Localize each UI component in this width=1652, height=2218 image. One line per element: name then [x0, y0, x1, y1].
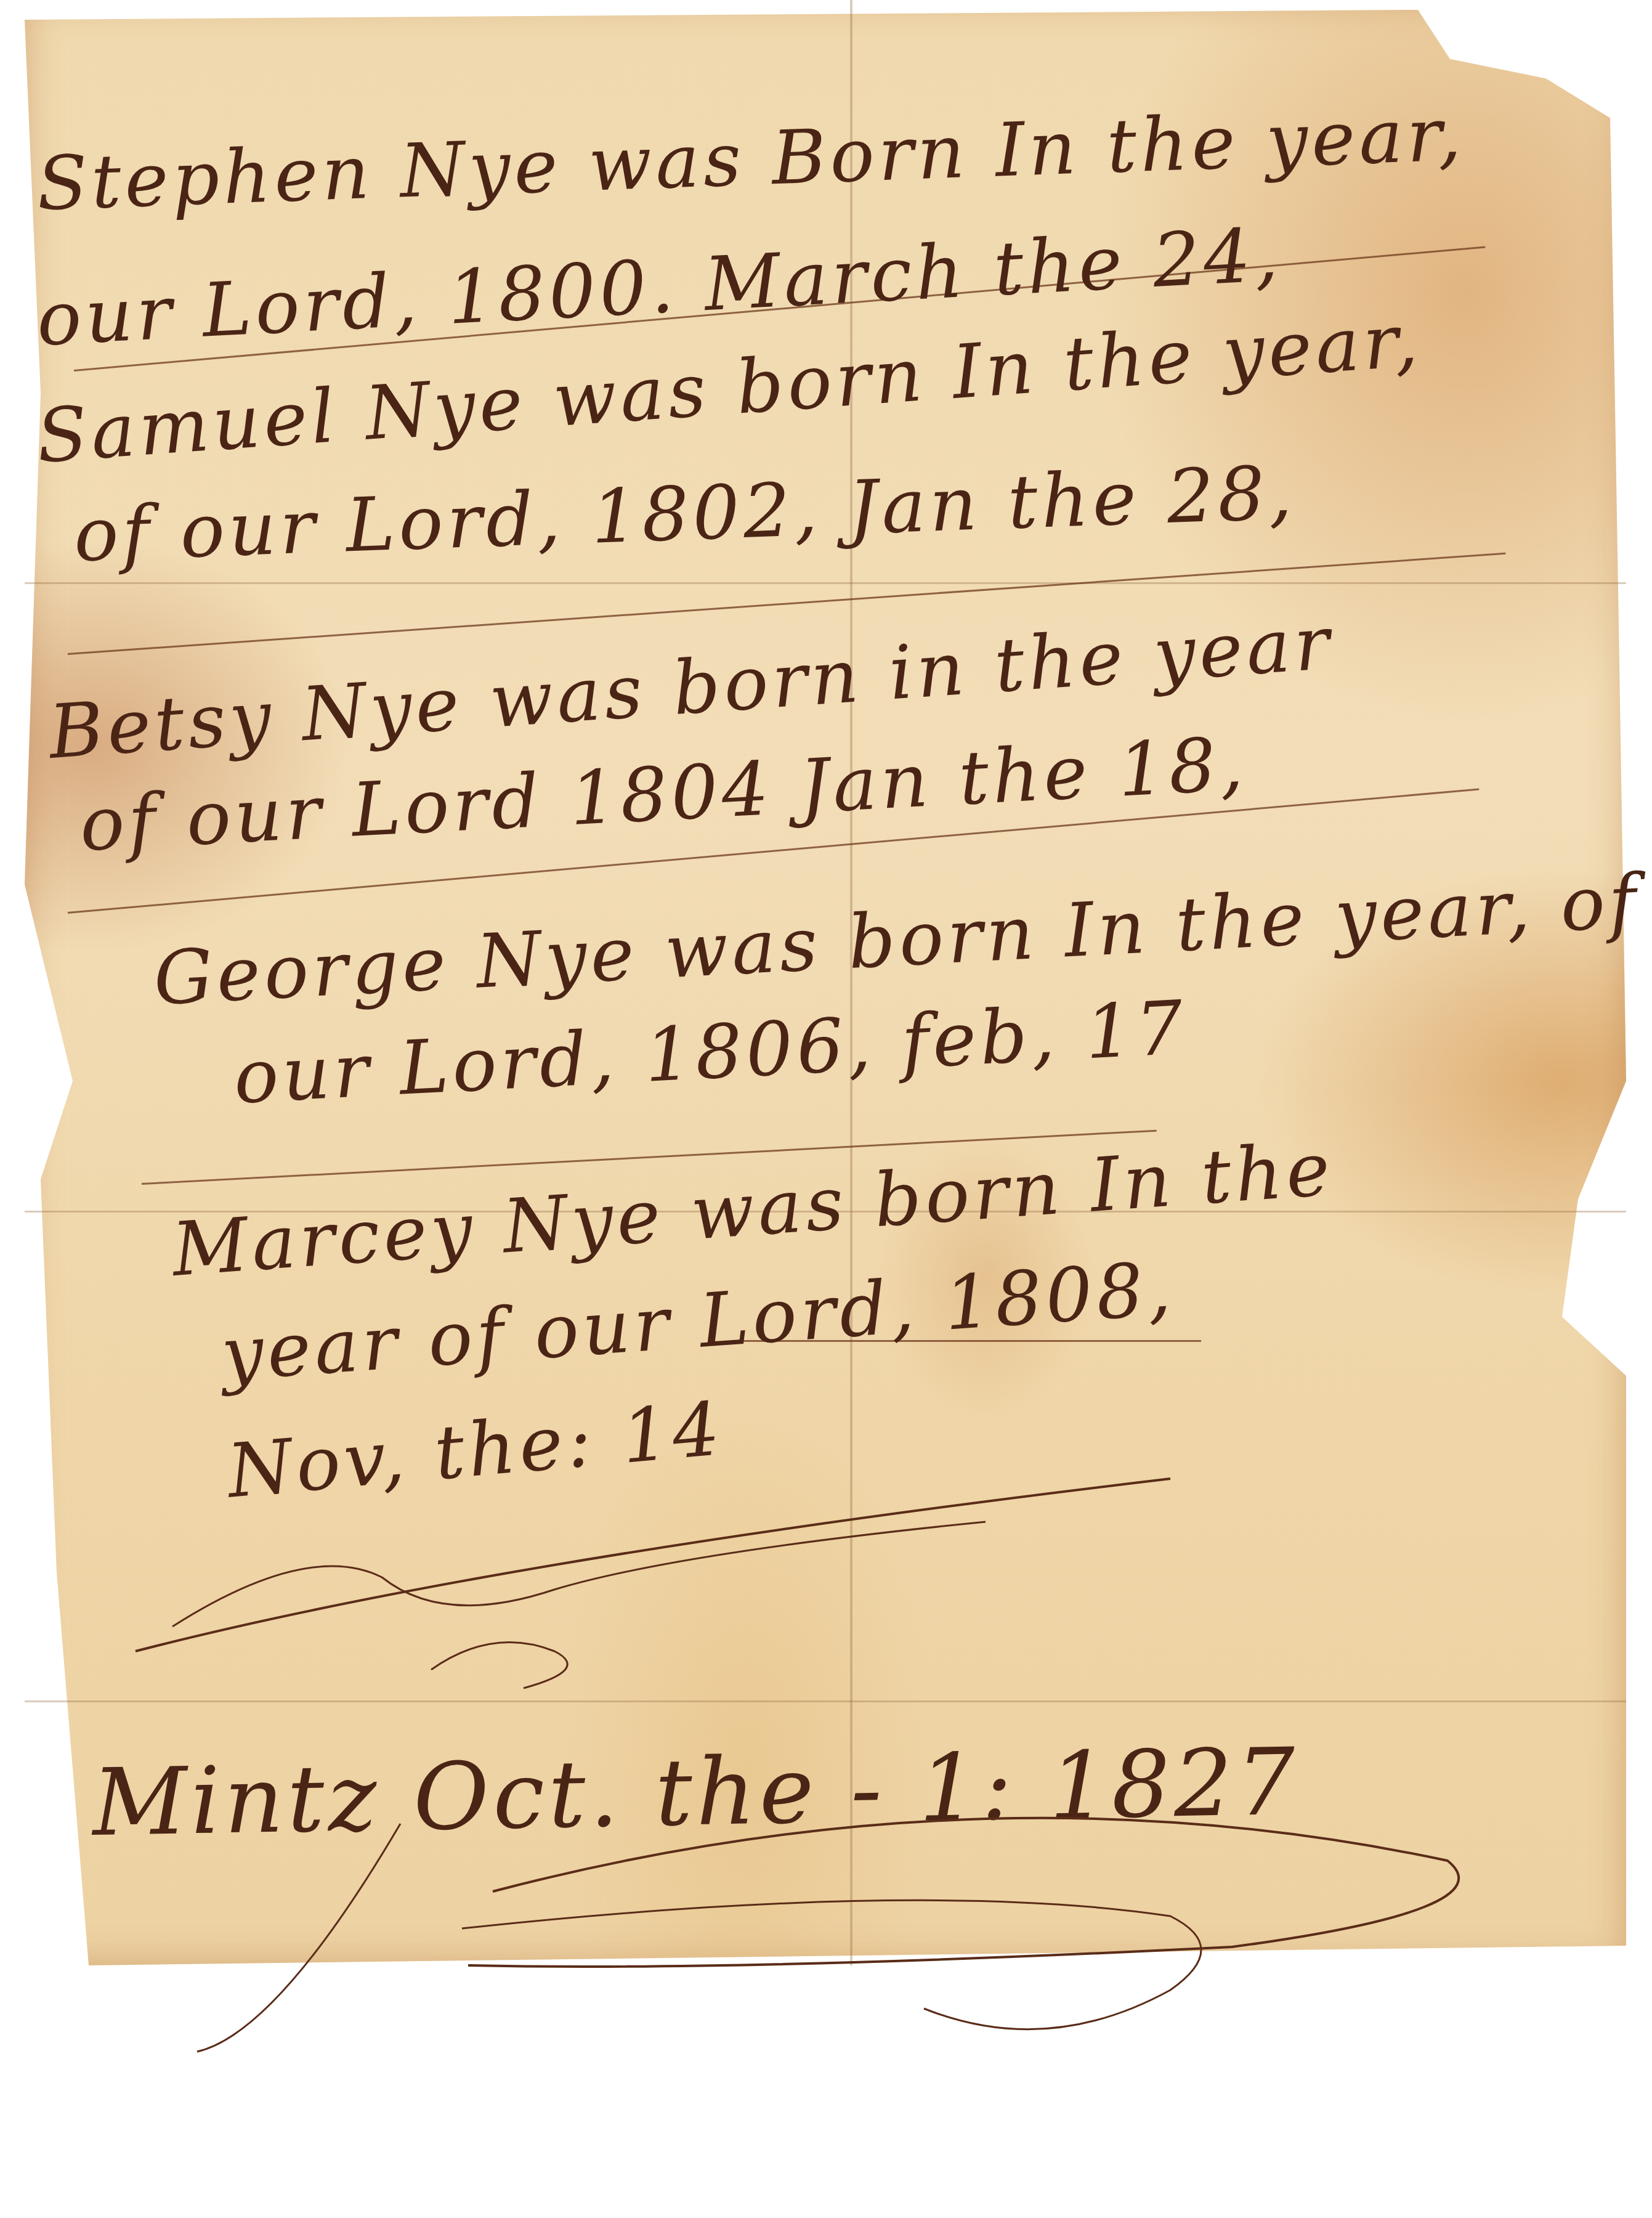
horizontal-fold-crease — [25, 582, 1626, 584]
signature-flourish — [62, 1787, 1540, 2064]
pen-flourish — [123, 1466, 1232, 1713]
